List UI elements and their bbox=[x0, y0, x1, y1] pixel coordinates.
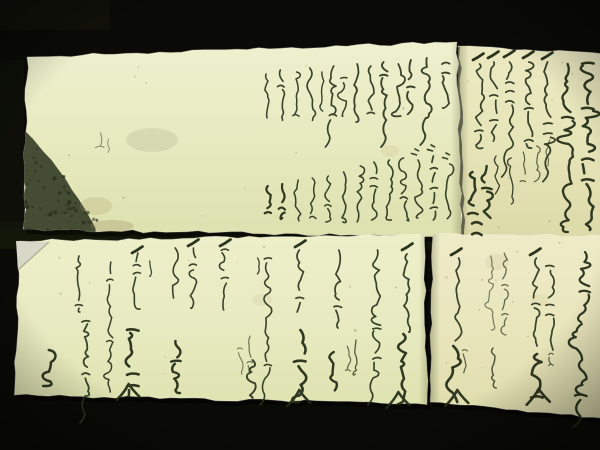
manuscript-photo bbox=[0, 0, 600, 450]
scene-svg bbox=[0, 0, 600, 450]
vignette bbox=[0, 0, 600, 450]
